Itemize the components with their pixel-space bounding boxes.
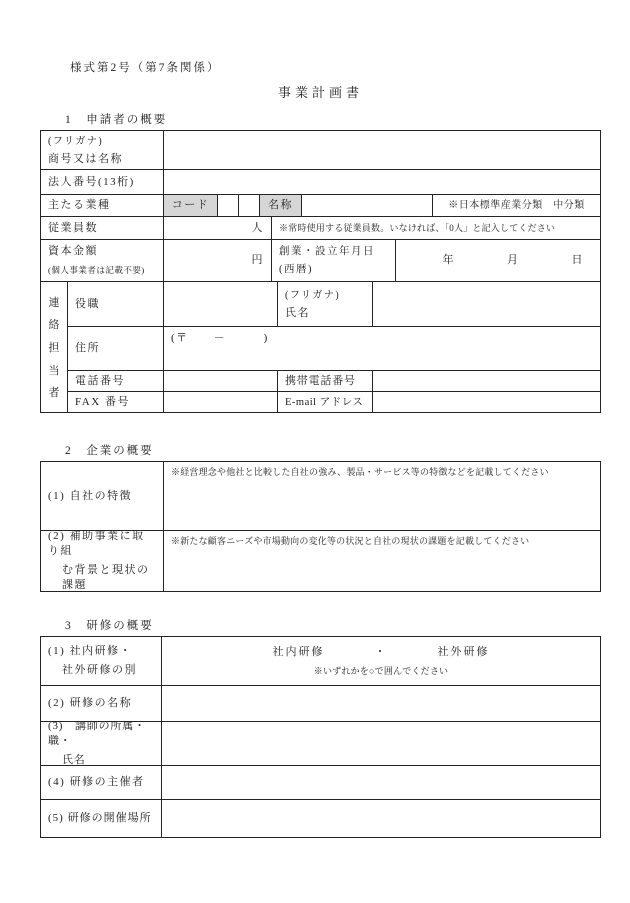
capital-unit: 円 [252, 253, 265, 268]
contact-char-2: 絡 [49, 316, 60, 332]
background-issues-note: ※新たな顧客ニーズや市場動向の変化等の状況と自社の現状の課題を記載してください [171, 535, 529, 547]
capital-field[interactable]: 円 [163, 240, 271, 281]
mobile-field[interactable] [372, 371, 600, 391]
contact-char-5: 者 [49, 384, 60, 400]
corporate-number-row: 法人番号(13桁) [41, 169, 600, 194]
founding-label-cell: 創業・設立年月日 (西暦) [271, 240, 395, 281]
section1-heading: 1 申請者の概要 [65, 113, 601, 128]
section2-heading: 2 企業の概要 [65, 444, 601, 459]
email-label: E-mail アドレス [277, 392, 372, 412]
position-label: 役職 [67, 282, 163, 326]
postal-code-placeholder: (〒 － ) [171, 331, 269, 346]
founding-date-field[interactable]: 年 月 日 [395, 240, 600, 281]
founding-sublabel: (西暦) [279, 262, 313, 277]
contact-position-row: 役職 (フリガナ) 氏名 [67, 282, 600, 326]
background-issues-label-line2: む背景と現状の課題 [48, 563, 156, 591]
company-name-label: 商号又は名称 [48, 152, 123, 167]
instructor-label-cell: (3) 講師の所属・職・ 氏名 [41, 722, 161, 765]
position-field[interactable] [163, 282, 277, 326]
company-feature-label: (1) 自社の特徴 [41, 462, 163, 530]
training-type-row: (1) 社内研修・ 社外研修の別 社内研修 ・ 社外研修 ※いずれかを○で囲んで… [41, 637, 600, 685]
organizer-label: (4) 研修の主催者 [41, 766, 161, 799]
employees-label: 従業員数 [41, 217, 163, 239]
capital-label: 資本金額 [48, 244, 98, 259]
company-feature-row: (1) 自社の特徴 ※経営理念や他社と比較した自社の強み、製品・サービス等の特徴… [41, 462, 600, 530]
venue-label: (5) 研修の開催場所 [41, 800, 161, 837]
training-name-row: (2) 研修の名称 [41, 685, 600, 721]
fax-field[interactable] [163, 392, 277, 412]
fax-label: FAX 番号 [67, 392, 163, 412]
background-issues-label-line1: (2) 補助事業に取り組 [48, 531, 156, 559]
training-overview-table: (1) 社内研修・ 社外研修の別 社内研修 ・ 社外研修 ※いずれかを○で囲んで… [40, 636, 601, 838]
industry-name-label: 名称 [259, 195, 301, 216]
contact-person-block: 連 絡 担 当 者 役職 (フリガナ) 氏名 住所 [41, 281, 600, 412]
company-feature-note: ※経営理念や他社と比較した自社の強み、製品・サービス等の特徴などを記載してくださ… [171, 466, 549, 478]
background-issues-field[interactable]: ※新たな顧客ニーズや市場動向の変化等の状況と自社の現状の課題を記載してください [163, 531, 600, 591]
contact-char-4: 当 [49, 362, 60, 378]
form-number: 様式第2号（第7条関係） [70, 61, 601, 75]
company-name-label-cell: (フリガナ) 商号又は名称 [41, 131, 163, 169]
background-issues-label-cell: (2) 補助事業に取り組 む背景と現状の課題 [41, 531, 163, 591]
contact-address-row: 住所 (〒 － ) [67, 326, 600, 370]
contact-name-label: 氏名 [285, 306, 310, 321]
applicant-table: (フリガナ) 商号又は名称 法人番号(13桁) 主たる業種 コード 名称 ※日本… [40, 130, 601, 413]
training-type-note: ※いずれかを○で囲んでください [168, 665, 594, 677]
training-type-options: 社内研修 ・ 社外研修 [168, 645, 594, 660]
instructor-field[interactable] [161, 722, 600, 765]
contact-name-label-cell: (フリガナ) 氏名 [277, 282, 372, 326]
industry-name-field[interactable] [301, 195, 432, 216]
furigana-label: (フリガナ) [48, 134, 103, 149]
training-name-label: (2) 研修の名称 [41, 686, 161, 721]
company-feature-field[interactable]: ※経営理念や他社と比較した自社の強み、製品・サービス等の特徴などを記載してくださ… [163, 462, 600, 530]
phone-label: 電話番号 [67, 371, 163, 391]
instructor-label-line1: (3) 講師の所属・職・ [48, 722, 154, 749]
contact-vertical-label: 連 絡 担 当 者 [41, 282, 67, 412]
phone-field[interactable] [163, 371, 277, 391]
contact-char-1: 連 [49, 294, 60, 310]
contact-phone-row: 電話番号 携帯電話番号 [67, 370, 600, 391]
founding-day-label: 日 [572, 253, 585, 268]
founding-label: 創業・設立年月日 [279, 244, 375, 259]
address-field[interactable]: (〒 － ) [163, 327, 600, 370]
employees-unit: 人 [252, 221, 265, 236]
employees-row: 従業員数 人 ※常時使用する従業員数。いなければ、「0人」と記入してください [41, 216, 600, 239]
employees-field[interactable]: 人 [163, 217, 271, 239]
training-type-label-cell: (1) 社内研修・ 社外研修の別 [41, 637, 161, 685]
background-issues-row: (2) 補助事業に取り組 む背景と現状の課題 ※新たな顧客ニーズや市場動向の変化… [41, 530, 600, 591]
corporate-number-field[interactable] [163, 170, 600, 194]
instructor-label-line2: 氏名 [48, 753, 86, 765]
industry-code-digit2-field[interactable] [238, 195, 259, 216]
capital-row: 資本金額 (個人事業者は記載不要) 円 創業・設立年月日 (西暦) 年 月 日 [41, 239, 600, 281]
mobile-label: 携帯電話番号 [277, 371, 372, 391]
email-field[interactable] [372, 392, 600, 412]
address-label: 住所 [67, 327, 163, 370]
capital-label-cell: 資本金額 (個人事業者は記載不要) [41, 240, 163, 281]
founding-month-label: 月 [507, 253, 520, 268]
employees-note: ※常時使用する従業員数。いなければ、「0人」と記入してください [271, 217, 600, 239]
form-page: 様式第2号（第7条関係） 事業計画書 1 申請者の概要 (フリガナ) 商号又は名… [0, 0, 630, 903]
founding-year-label: 年 [443, 253, 456, 268]
capital-sublabel: (個人事業者は記載不要) [48, 263, 145, 278]
industry-code-label: コード [163, 195, 217, 216]
contact-name-field[interactable] [372, 282, 600, 326]
contact-name-furigana-label: (フリガナ) [285, 288, 340, 303]
internal-training-option[interactable]: 社内研修 [273, 645, 325, 660]
venue-row: (5) 研修の開催場所 [41, 799, 600, 837]
option-separator: ・ [375, 645, 388, 660]
venue-field[interactable] [161, 800, 600, 837]
document-title: 事業計画書 [40, 84, 601, 101]
training-type-label-line2: 社外研修の別 [48, 663, 137, 678]
training-type-label-line1: (1) 社内研修・ [48, 644, 132, 659]
corporate-number-label: 法人番号(13桁) [41, 170, 163, 194]
training-name-field[interactable] [161, 686, 600, 721]
industry-row: 主たる業種 コード 名称 ※日本標準産業分類 中分類 [41, 194, 600, 216]
organizer-row: (4) 研修の主催者 [41, 765, 600, 799]
training-type-field: 社内研修 ・ 社外研修 ※いずれかを○で囲んでください [161, 637, 600, 685]
industry-code-digit1-field[interactable] [217, 195, 238, 216]
contact-char-3: 担 [49, 339, 60, 355]
company-overview-table: (1) 自社の特徴 ※経営理念や他社と比較した自社の強み、製品・サービス等の特徴… [40, 461, 601, 592]
instructor-row: (3) 講師の所属・職・ 氏名 [41, 721, 600, 765]
industry-label: 主たる業種 [41, 195, 163, 216]
contact-fax-row: FAX 番号 E-mail アドレス [67, 391, 600, 412]
industry-note: ※日本標準産業分類 中分類 [432, 195, 600, 216]
company-name-field[interactable] [163, 131, 600, 169]
external-training-option[interactable]: 社外研修 [438, 645, 490, 660]
section3-heading: 3 研修の概要 [65, 619, 601, 634]
organizer-field[interactable] [161, 766, 600, 799]
company-name-row: (フリガナ) 商号又は名称 [41, 131, 600, 169]
